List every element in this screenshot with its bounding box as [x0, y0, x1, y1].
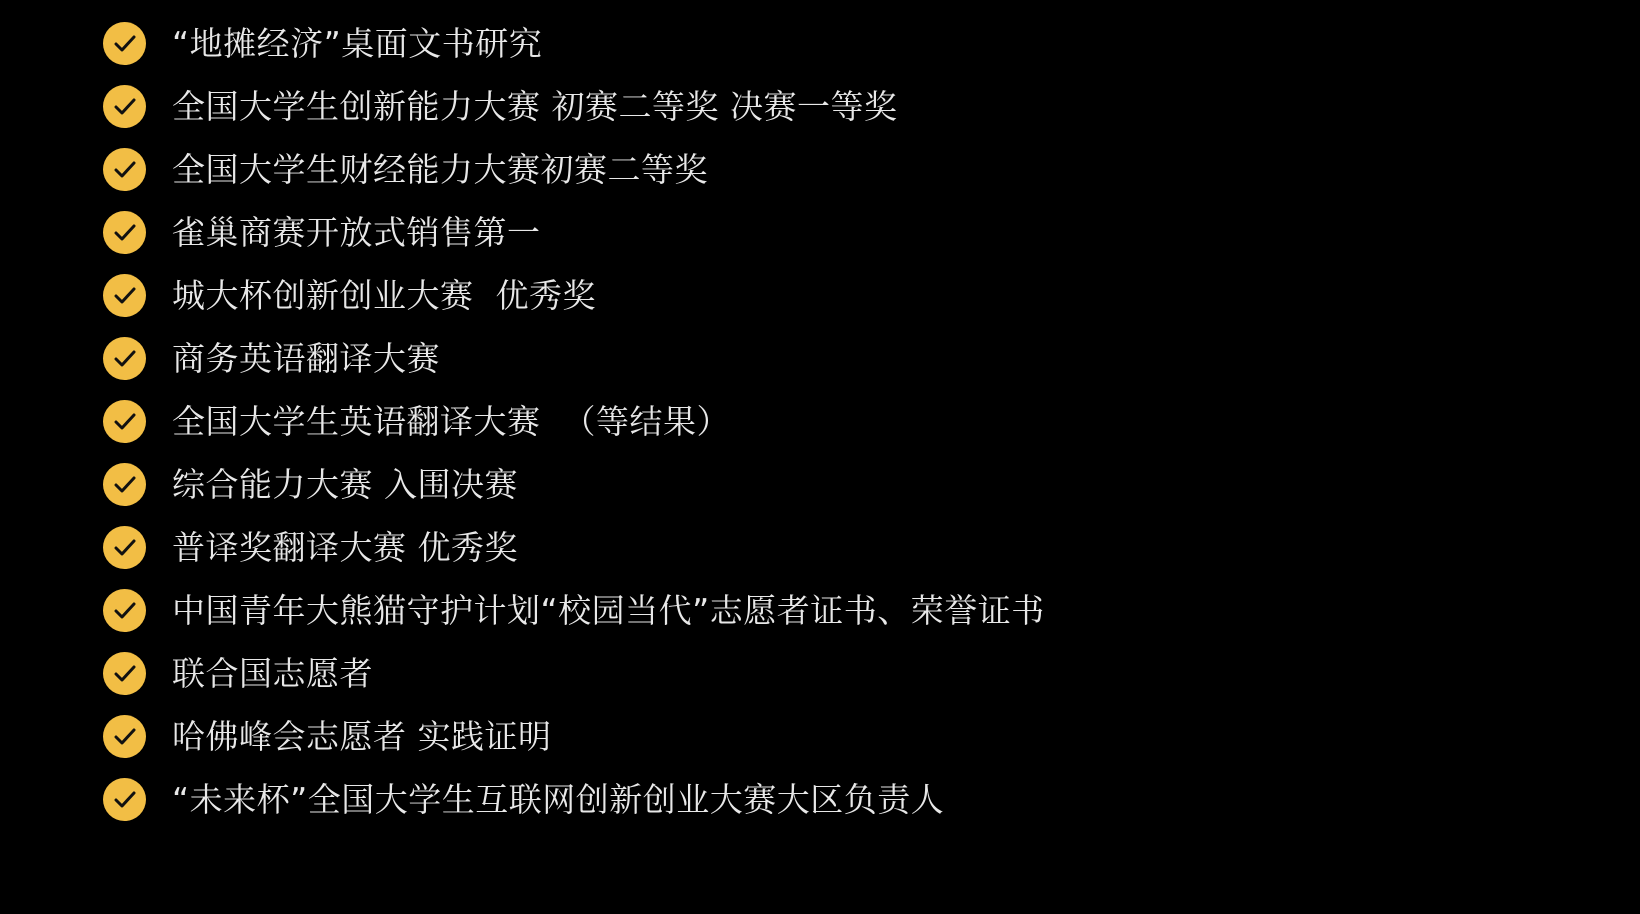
- check-circle-icon: [103, 589, 146, 632]
- list-item-label: “地摊经济”桌面文书研究: [172, 22, 542, 65]
- check-circle-icon: [103, 526, 146, 569]
- list-item: 联合国志愿者: [103, 652, 1045, 715]
- list-item-label: 普译奖翻译大赛 优秀奖: [172, 526, 518, 569]
- check-circle-icon: [103, 274, 146, 317]
- check-circle-icon: [103, 400, 146, 443]
- list-item-label: 全国大学生创新能力大赛 初赛二等奖 决赛一等奖: [172, 85, 897, 128]
- check-circle-icon: [103, 85, 146, 128]
- list-item-label: 全国大学生财经能力大赛初赛二等奖: [172, 148, 708, 191]
- check-circle-icon: [103, 337, 146, 380]
- list-item: “地摊经济”桌面文书研究: [103, 22, 1045, 85]
- list-item-label: 城大杯创新创业大赛 优秀奖: [172, 274, 596, 317]
- check-circle-icon: [103, 211, 146, 254]
- list-item: 全国大学生财经能力大赛初赛二等奖: [103, 148, 1045, 211]
- list-item-label: 全国大学生英语翻译大赛 （等结果）: [172, 400, 730, 443]
- list-item-label: 商务英语翻译大赛: [172, 337, 440, 380]
- list-item: “未来杯”全国大学生互联网创新创业大赛大区负责人: [103, 778, 1045, 841]
- list-item: 哈佛峰会志愿者 实践证明: [103, 715, 1045, 778]
- list-item: 普译奖翻译大赛 优秀奖: [103, 526, 1045, 589]
- check-circle-icon: [103, 778, 146, 821]
- check-circle-icon: [103, 22, 146, 65]
- list-item-label: 中国青年大熊猫守护计划“校园当代”志愿者证书、荣誉证书: [172, 589, 1045, 632]
- check-circle-icon: [103, 652, 146, 695]
- list-item: 全国大学生英语翻译大赛 （等结果）: [103, 400, 1045, 463]
- list-item: 商务英语翻译大赛: [103, 337, 1045, 400]
- list-item-label: 雀巢商赛开放式销售第一: [172, 211, 541, 254]
- list-item-label: 联合国志愿者: [172, 652, 373, 695]
- list-item: 中国青年大熊猫守护计划“校园当代”志愿者证书、荣誉证书: [103, 589, 1045, 652]
- list-item-label: “未来杯”全国大学生互联网创新创业大赛大区负责人: [172, 778, 944, 821]
- check-circle-icon: [103, 148, 146, 191]
- check-circle-icon: [103, 463, 146, 506]
- achievement-list: “地摊经济”桌面文书研究 全国大学生创新能力大赛 初赛二等奖 决赛一等奖 全国大…: [103, 22, 1045, 841]
- check-circle-icon: [103, 715, 146, 758]
- list-item: 城大杯创新创业大赛 优秀奖: [103, 274, 1045, 337]
- list-item: 全国大学生创新能力大赛 初赛二等奖 决赛一等奖: [103, 85, 1045, 148]
- list-item: 雀巢商赛开放式销售第一: [103, 211, 1045, 274]
- list-item: 综合能力大赛 入围决赛: [103, 463, 1045, 526]
- list-item-label: 哈佛峰会志愿者 实践证明: [172, 715, 552, 758]
- list-item-label: 综合能力大赛 入围决赛: [172, 463, 518, 506]
